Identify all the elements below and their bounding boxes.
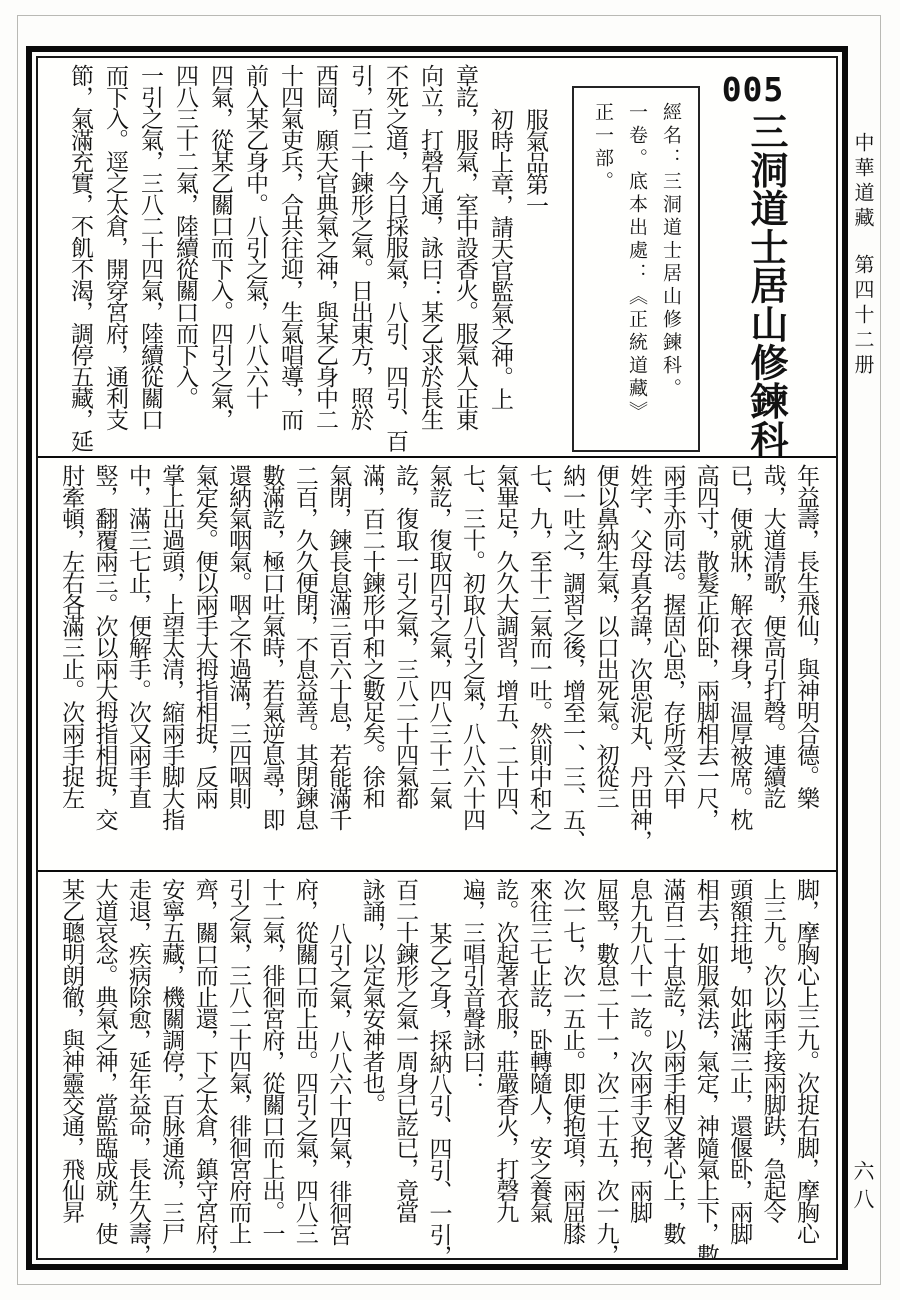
abstract-line: 經名：三洞道士居山修鍊科。	[654, 102, 688, 436]
text-column: 初時上章，請天官監氣之神。上	[482, 64, 517, 450]
text-column: 一引之氣，三八二十四氣，陸續從關口	[132, 64, 167, 450]
text-column: 某乙之身，採納八引、四引、一引，	[421, 878, 454, 1252]
text-column: 頭額拄地，如此滿三止，還偃卧，兩脚	[722, 878, 755, 1252]
text-column: 滿百二十息訖，以兩手相叉著心上，數	[655, 878, 688, 1252]
text-column: 前入某乙身中。八引之氣，八八六十	[237, 64, 272, 450]
text-column: 二百，久久便閉，不息益善。其閉鍊息	[288, 464, 321, 864]
abstract-line: 一卷。底本出處：《正統道藏》	[620, 102, 654, 436]
middle-register-text: 年益壽，長生飛仙，與神明合德。樂哉，大道清歌，便高引打磬。連續訖已，便就牀，解衣…	[52, 464, 822, 864]
doc-number: 005	[710, 70, 796, 109]
top-register-text: 服氣品第一初時上章，請天官監氣之神。上章訖，服氣，室中設香火。服氣人正東向立，打…	[54, 64, 552, 450]
text-column: 氣定矣。便以兩手大拇指相捉，反兩	[187, 464, 220, 864]
edition-name: 中華道藏	[851, 132, 875, 232]
text-column: 引之氣，三八二十四氣，徘徊宮府而上	[221, 878, 254, 1252]
text-column: 不死之道，今日採服氣，八引、四引、百	[377, 64, 412, 450]
text-column: 氣閉，鍊長息滿三百六十息，若能滿千	[321, 464, 354, 864]
text-column: 竪，翻覆兩三。次以兩大拇指相捉，交	[87, 464, 120, 864]
bottom-register-text: 脚，摩胸心上三九。次捉右脚，摩胸心上三九。次以兩手接兩脚趺，急起令頭額拄地，如此…	[52, 878, 822, 1252]
text-column: 哉，大道清歌，便高引打磬。連續訖	[755, 464, 788, 864]
text-column: 上三九。次以兩手接兩脚趺，急起令	[755, 878, 788, 1252]
text-column: 安寧五藏，機關調停，百脉通流，三尸	[154, 878, 187, 1252]
text-column: 四八三十二氣，陸續從關口而下入。	[167, 64, 202, 450]
text-column: 七、九，至十二氣而一吐。然則中和之	[521, 464, 554, 864]
text-column: 章訖，服氣，室中設香火。服氣人正東	[447, 64, 482, 450]
folio-number: 六八	[848, 1160, 878, 1216]
inner-frame: 005 三洞道士居山修鍊科 經名：三洞道士居山修鍊科。 一卷。底本出處：《正統道…	[36, 56, 838, 1260]
text-column: 八引之氣，八八六十四氣，徘徊宮	[321, 878, 354, 1252]
text-column: 訖。次起著衣服，莊嚴香火，打磬九	[488, 878, 521, 1252]
text-column: 納一吐之，調習之後，增至一、三、五、	[555, 464, 588, 864]
text-column: 氣訖，復取四引之氣，四八三十二氣	[421, 464, 454, 864]
text-column: 七、三十。初取八引之氣，八八六十四	[455, 464, 488, 864]
text-column: 已，便就牀，解衣裸身，温厚被席。枕	[722, 464, 755, 864]
text-column: 走退，疾病除愈，延年益命，長生久壽，	[120, 878, 153, 1252]
page-title: 三洞道士居山修鍊科	[739, 112, 794, 456]
text-column: 西岡，願天官典氣之神，與某乙身中二	[307, 64, 342, 450]
register-middle: 年益壽，長生飛仙，與神明合德。樂哉，大道清歌，便高引打磬。連續訖已，便就牀，解衣…	[38, 458, 836, 870]
text-column: 次一七，次一五止。即便抱項，兩屈膝	[555, 878, 588, 1252]
text-column: 遍，三唱引音聲詠曰：	[455, 878, 488, 1252]
text-column: 某乙聰明朗徹，與神靈交通，飛仙昇	[54, 878, 87, 1252]
text-column: 訖，復取一引之氣，三八二十四氣都	[388, 464, 421, 864]
text-column: 屈竪，數息二十一，次二十五，次一九，	[588, 878, 621, 1252]
text-column: 脚，摩胸心上三九。次捉右脚，摩胸心	[789, 878, 822, 1252]
text-column: 還納氣咽氣。咽之不過滿，三四咽則	[221, 464, 254, 864]
text-column: 來往三七止訖，卧轉隨人，安之養氣	[521, 878, 554, 1252]
text-column: 便以鼻納生氣，以口出死氣。初從三	[588, 464, 621, 864]
text-column: 大道哀念。典氣之神，當監臨成就，使	[87, 878, 120, 1252]
abstract-box: 經名：三洞道士居山修鍊科。 一卷。底本出處：《正統道藏》 正一部。	[572, 86, 700, 452]
text-column: 引，百二十鍊形之氣。日出東方，照於	[342, 64, 377, 450]
outer-frame: 005 三洞道士居山修鍊科 經名：三洞道士居山修鍊科。 一卷。底本出處：《正統道…	[26, 46, 848, 1270]
text-column: 姓字、父母真名諱，次思泥丸、丹田神，	[622, 464, 655, 864]
text-column: 氣畢足，久久大調習，增五、二十四、	[488, 464, 521, 864]
text-column: 詠誦，以定氣安神者也。	[354, 878, 387, 1252]
abstract-line: 正一部。	[586, 102, 620, 436]
text-column: 掌上出過頭，上望太清，縮兩手脚大指	[154, 464, 187, 864]
edition-label: 中華道藏第四十二册	[849, 132, 878, 379]
register-top: 005 三洞道士居山修鍊科 經名：三洞道士居山修鍊科。 一卷。底本出處：《正統道…	[38, 58, 836, 456]
text-column: 相去，如服氣法，氣定，神隨氣上下，數	[688, 878, 721, 1252]
register-bottom: 脚，摩胸心上三九。次捉右脚，摩胸心上三九。次以兩手接兩脚趺，急起令頭額拄地，如此…	[38, 872, 836, 1258]
text-column: 數滿訖，極口吐氣時，若氣逆息尋，即	[254, 464, 287, 864]
volume-number: 第四十二册	[851, 254, 875, 379]
text-column: 年益壽，長生飛仙，與神明合德。樂	[789, 464, 822, 864]
text-column: 肘牽頓，左右各滿三止。次兩手捉左	[54, 464, 87, 864]
text-column: 而下入。逕之太倉，開穿宮府，通利支	[97, 64, 132, 450]
text-column: 節，氣滿充實，不飢不渴，調停五藏，延	[62, 64, 97, 450]
text-column: 十二氣，徘徊宮府，從關口而上出。一	[254, 878, 287, 1252]
text-column: 府，從關口而上出。四引之氣，四八三	[288, 878, 321, 1252]
text-column: 息九九八十一訖。次兩手叉抱，兩脚	[622, 878, 655, 1252]
text-column: 滿，百二十鍊形中和之數足矣。徐和	[354, 464, 387, 864]
text-column: 十四氣吏兵，合共往迎，生氣唱導，而	[272, 64, 307, 450]
section-heading: 服氣品第一	[517, 64, 552, 450]
text-column: 四氣，從某乙關口而下入。四引之氣，	[202, 64, 237, 450]
text-column: 中，滿三七止，便解手。次又兩手直	[120, 464, 153, 864]
text-column: 百二十鍊形之氣一周身已訖已，竟當	[388, 878, 421, 1252]
text-column: 高四寸，散髮正仰卧，兩脚相去一尺，	[688, 464, 721, 864]
text-column: 齊，關口而止還，下之太倉，鎮守宮府，	[187, 878, 220, 1252]
text-column: 兩手亦同法。握固心思，存所受六甲	[655, 464, 688, 864]
text-column: 向立，打磬九通，詠曰：某乙求於長生	[412, 64, 447, 450]
